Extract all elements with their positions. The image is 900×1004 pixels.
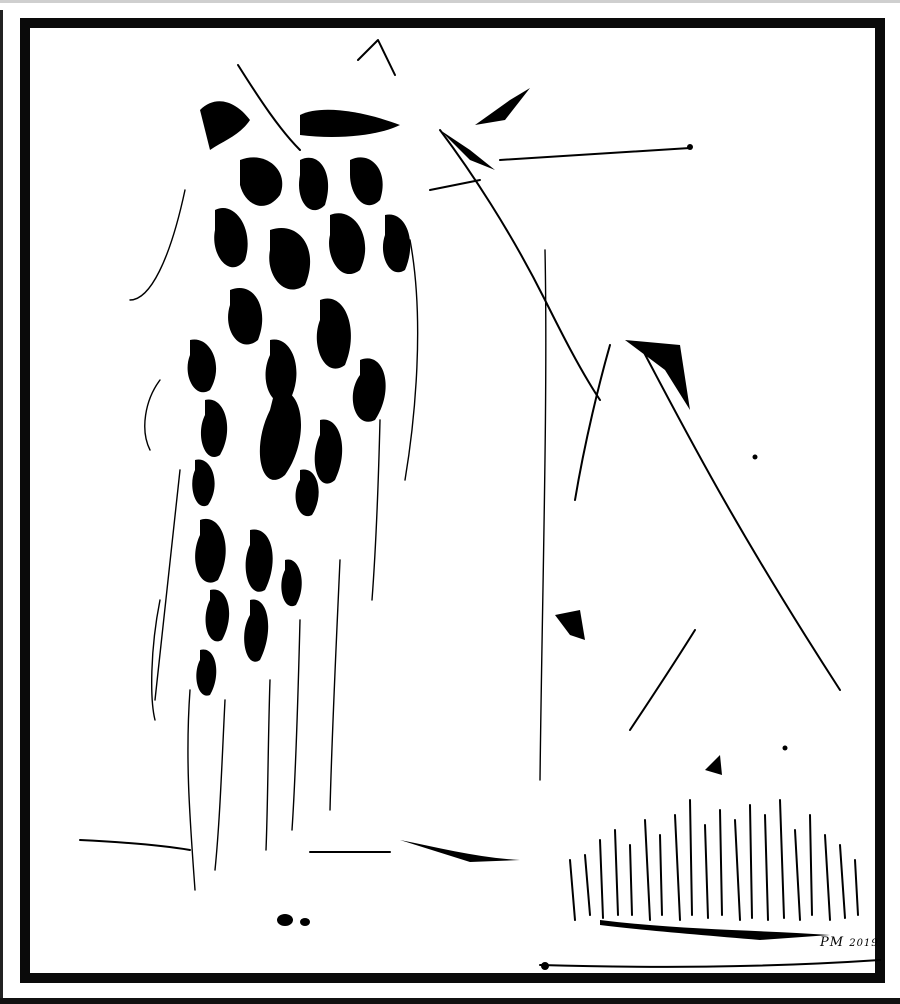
reeds <box>570 800 858 920</box>
drip-lines <box>130 190 546 890</box>
reed-base-shadow <box>600 920 830 940</box>
signature-year: 2019 <box>849 938 878 949</box>
ink-drawing <box>0 0 900 1004</box>
artist-signature: PM 2019 <box>820 935 879 950</box>
signature-initials: PM <box>820 935 844 950</box>
waterfall-figure <box>188 101 411 695</box>
